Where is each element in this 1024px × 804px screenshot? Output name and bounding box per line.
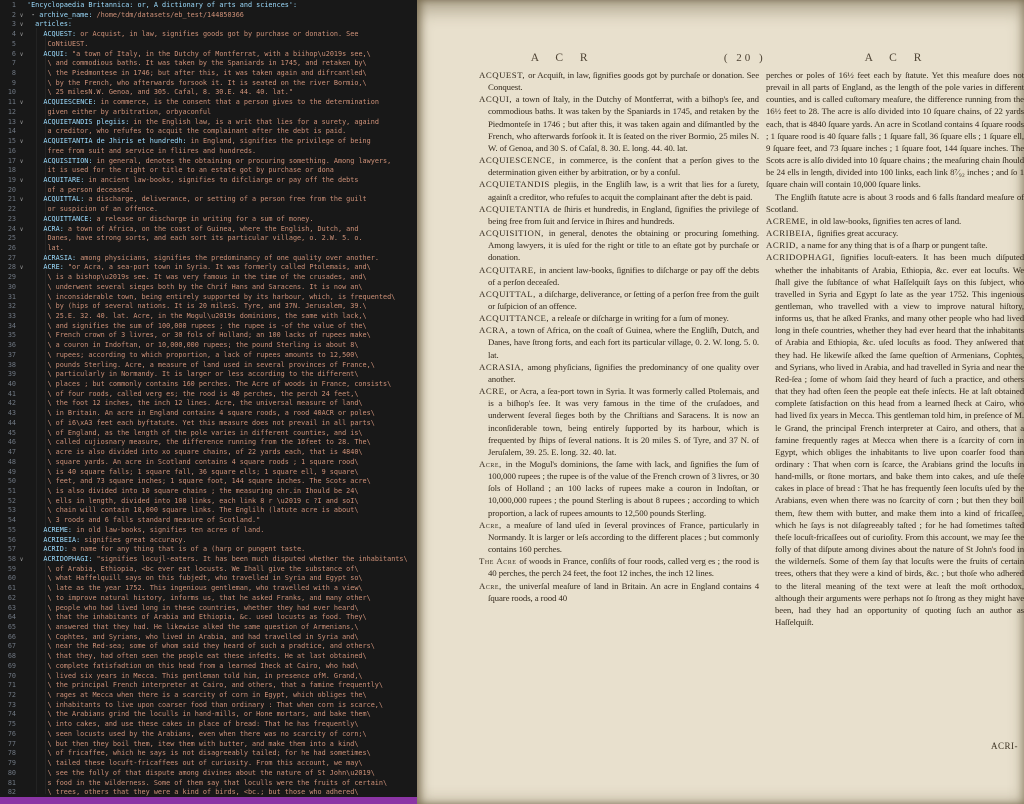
yaml-key: ACRID: bbox=[43, 545, 68, 553]
code-line[interactable]: 17∨ACQUISITION: in general, denotes the … bbox=[0, 157, 417, 167]
code-line[interactable]: 37\ rupees; according to which proportio… bbox=[0, 351, 417, 361]
line-number: 42 bbox=[0, 399, 16, 409]
yaml-value: \ of England, as the length of the pole … bbox=[47, 429, 362, 437]
code-line[interactable]: 71\ the principal French interpreter at … bbox=[0, 681, 417, 691]
line-number: 58 bbox=[0, 555, 16, 565]
code-line[interactable]: 53\ chain will contain 10,000 square lin… bbox=[0, 506, 417, 516]
code-line[interactable]: 19∨ACQUITARE: in ancient law-books, sign… bbox=[0, 176, 417, 186]
fold-spacer bbox=[16, 769, 27, 779]
code-text: Danes, have strong sorts, and each sort … bbox=[27, 234, 417, 244]
line-number: 82 bbox=[0, 788, 16, 797]
line-number: 24 bbox=[0, 225, 16, 235]
code-text: \ the foot 12 inches, the inch 12 lines.… bbox=[27, 399, 417, 409]
code-text: ACQUIETANTIA de Jhiris et hundredh: in E… bbox=[27, 137, 417, 147]
yaml-value: \ 3 roods and 6 falls standard measure o… bbox=[47, 516, 260, 524]
yaml-value: CoNtiUEST. bbox=[47, 40, 88, 48]
fold-spacer bbox=[16, 545, 27, 555]
code-line[interactable]: 14a creditor, who refufes to acquit the … bbox=[0, 127, 417, 137]
line-number: 25 bbox=[0, 234, 16, 244]
code-text: ACQUIESCENCE: in commerce, is the consen… bbox=[27, 98, 417, 108]
code-line[interactable]: 68\ that they, had often seen the people… bbox=[0, 652, 417, 662]
line-number: 63 bbox=[0, 604, 16, 614]
code-line[interactable]: 10\ 25 milesN.W. Genoa, and 305. Cafal, … bbox=[0, 88, 417, 98]
yaml-value: \ the principal French interpreter at Ca… bbox=[47, 681, 383, 689]
code-line[interactable]: 65\ answered that they had. He likewise … bbox=[0, 623, 417, 633]
fold-spacer bbox=[16, 604, 27, 614]
entry-headword: ACRID, bbox=[766, 240, 801, 250]
code-text: \ inhabitants to live upon coarser food … bbox=[27, 701, 417, 711]
scan-paragraph: ACQUITTAL, a diſcharge, deliverance, or … bbox=[479, 288, 759, 312]
yaml-value: \ a couron in Indoftan, or 10,000,000 ru… bbox=[47, 341, 358, 349]
code-text: free from suit and service in fliires an… bbox=[27, 147, 417, 157]
fold-spacer bbox=[16, 594, 27, 604]
line-number: 50 bbox=[0, 477, 16, 487]
line-number: 74 bbox=[0, 710, 16, 720]
fold-spacer bbox=[16, 448, 27, 458]
yaml-value: \ ells in length, divided into 100 links… bbox=[47, 497, 358, 505]
code-line[interactable]: 40\ places ; but commonly contains 160 p… bbox=[0, 380, 417, 390]
fold-spacer bbox=[16, 215, 27, 225]
yaml-value: a name for any thing that is of a (harp … bbox=[68, 545, 305, 553]
line-number: 32 bbox=[0, 302, 16, 312]
line-number: 9 bbox=[0, 79, 16, 89]
fold-chevron-icon[interactable]: ∨ bbox=[16, 195, 27, 205]
fold-chevron-icon[interactable]: ∨ bbox=[16, 555, 27, 565]
fold-chevron-icon[interactable]: ∨ bbox=[16, 50, 27, 60]
code-line[interactable]: 50\ feet, and 73 square inches; 1 square… bbox=[0, 477, 417, 487]
yaml-key: ACREME: bbox=[43, 526, 72, 534]
entry-headword: Acre, bbox=[479, 459, 506, 469]
line-number: 3 bbox=[0, 20, 16, 30]
fold-spacer bbox=[16, 788, 27, 797]
fold-spacer bbox=[16, 79, 27, 89]
fold-spacer bbox=[16, 574, 27, 584]
code-text: \ what Haffelquill says on this fubjedt,… bbox=[27, 574, 417, 584]
code-line[interactable]: 78\ of fricaffee, which he says is not d… bbox=[0, 749, 417, 759]
fold-spacer bbox=[16, 516, 27, 526]
code-line[interactable]: 13∨ACQUIETANDIS plegiis: in the English … bbox=[0, 118, 417, 128]
line-number: 54 bbox=[0, 516, 16, 526]
entry-headword: ACRA, bbox=[479, 325, 511, 335]
yaml-value: "signifies locujl-eaters. It has been mu… bbox=[92, 555, 407, 563]
code-line[interactable]: 46\ called cujiosnary measure, the diffe… bbox=[0, 438, 417, 448]
code-line[interactable]: 70\ lived six years in Mecca. This gentl… bbox=[0, 672, 417, 682]
code-line[interactable]: 47\ acre is also divided into xo square … bbox=[0, 448, 417, 458]
yaml-value: among physicians, signifies the predomin… bbox=[76, 254, 379, 262]
code-line[interactable]: 75\ into cakes, and use these cakes in p… bbox=[0, 720, 417, 730]
yaml-value: \ French crown of 3 livres, or 30 fols o… bbox=[47, 331, 370, 339]
code-editor[interactable]: 1'Encyclopaedia Britannica: or, A dictio… bbox=[0, 0, 417, 804]
code-line[interactable]: 44\ of i6\xA3 feet each byftatute. Yet t… bbox=[0, 419, 417, 429]
line-number: 52 bbox=[0, 497, 16, 507]
line-number: 43 bbox=[0, 409, 16, 419]
code-line[interactable]: 22or suspicion of an offence. bbox=[0, 205, 417, 215]
code-line[interactable]: 24∨ACRA: a town of Africa, on the coast … bbox=[0, 225, 417, 235]
yaml-value: or Acquist, in law, signifies goods got … bbox=[76, 30, 358, 38]
code-line[interactable]: 43\ in Britain. An acre in England conta… bbox=[0, 409, 417, 419]
yaml-value: \ late as the year 1752. This ingenious … bbox=[47, 584, 362, 592]
fold-spacer bbox=[16, 312, 27, 322]
running-title-left: A C R bbox=[531, 52, 595, 64]
yaml-value: /home/tdm/datasets/eb_test/144850366 bbox=[92, 11, 243, 19]
code-line[interactable]: 69\ complete fatisfadtion on this head f… bbox=[0, 662, 417, 672]
code-line[interactable]: 55ACREME: in old law-books, signifies te… bbox=[0, 526, 417, 536]
fold-spacer bbox=[16, 341, 27, 351]
status-bar bbox=[0, 797, 417, 804]
code-line[interactable]: 27ACRASIA: among physicians, signifies t… bbox=[0, 254, 417, 264]
scan-paragraph: ACRASIA, among phyſicians, ſignifies the… bbox=[479, 361, 759, 385]
code-line[interactable]: 63\ people who had lived long in these c… bbox=[0, 604, 417, 614]
line-number: 46 bbox=[0, 438, 16, 448]
line-number: 30 bbox=[0, 283, 16, 293]
code-line[interactable]: 25Danes, have strong sorts, and each sor… bbox=[0, 234, 417, 244]
code-text: \ underwent several sieges both by the C… bbox=[27, 283, 417, 293]
scan-paragraph: ACRIDOPHAGI, ſignifies locuſt-eaters. It… bbox=[766, 251, 1024, 628]
code-line[interactable]: 30\ underwent several sieges both by the… bbox=[0, 283, 417, 293]
line-number: 41 bbox=[0, 390, 16, 400]
code-line[interactable]: 5CoNtiUEST. bbox=[0, 40, 417, 50]
editor-lines: 1'Encyclopaedia Britannica: or, A dictio… bbox=[0, 1, 417, 797]
code-text: \ 25.E. 32. 40. lat. Acre, in the Mogul\… bbox=[27, 312, 417, 322]
code-line[interactable]: 64\ that the inhabitants of Arabia and E… bbox=[0, 613, 417, 623]
code-text: \ 25 milesN.W. Genoa, and 305. Cafal, 8.… bbox=[27, 88, 417, 98]
line-number: 76 bbox=[0, 730, 16, 740]
code-line[interactable]: 3∨articles: bbox=[0, 20, 417, 30]
fold-spacer bbox=[16, 691, 27, 701]
code-line[interactable]: 39\ particularly in Normandy. It is larg… bbox=[0, 370, 417, 380]
code-line[interactable]: 32\ by (hips of several nations. It is 2… bbox=[0, 302, 417, 312]
yaml-value: in ancient law-books, signifies to difcl… bbox=[84, 176, 358, 184]
line-number: 64 bbox=[0, 613, 16, 623]
code-line[interactable]: 77\ but then they boil them, itew them w… bbox=[0, 740, 417, 750]
line-number: 8 bbox=[0, 69, 16, 79]
code-line[interactable]: 33\ 25.E. 32. 40. lat. Acre, in the Mogu… bbox=[0, 312, 417, 322]
entry-headword: ACRASIA, bbox=[479, 362, 528, 372]
code-line[interactable]: 21∨ACQUITTAL: a discharge, deliverance, … bbox=[0, 195, 417, 205]
code-line[interactable]: 58∨ACRIDOPHAGI: "signifies locujl-eaters… bbox=[0, 555, 417, 565]
yaml-value: \ to improve natural history, informs us… bbox=[47, 594, 370, 602]
line-number: 73 bbox=[0, 701, 16, 711]
line-number: 22 bbox=[0, 205, 16, 215]
fold-spacer bbox=[16, 642, 27, 652]
code-line[interactable]: 20of a person deceased. bbox=[0, 186, 417, 196]
code-text: \ near the Red-sea; some of whom said th… bbox=[27, 642, 417, 652]
entry-headword: Acre, bbox=[479, 520, 506, 530]
yaml-value: \ of four roods, called verg es; the roo… bbox=[47, 390, 358, 398]
yaml-value: "a town of Italy, in the Dutchy of Montf… bbox=[68, 50, 371, 58]
code-line[interactable]: 11∨ACQUIESCENCE: in commerce, is the con… bbox=[0, 98, 417, 108]
fold-spacer bbox=[16, 720, 27, 730]
code-text: ACREME: in old law-books, signifies ten … bbox=[27, 526, 417, 536]
line-number: 26 bbox=[0, 244, 16, 254]
code-text: \ chain will contain 10,000 square links… bbox=[27, 506, 417, 516]
code-line[interactable]: 54\ 3 roods and 6 falls standard measure… bbox=[0, 516, 417, 526]
fold-spacer bbox=[16, 458, 27, 468]
yaml-value: in the English law, is a writ that lies … bbox=[129, 118, 379, 126]
code-line[interactable]: 81s food in the wilderness. Some of them… bbox=[0, 779, 417, 789]
fold-spacer bbox=[16, 623, 27, 633]
line-number: 55 bbox=[0, 526, 16, 536]
code-line[interactable]: 38\ pounds Sterling. Acre, a measure of … bbox=[0, 361, 417, 371]
yaml-value: \ inconsiderable town, being entirely su… bbox=[47, 293, 395, 301]
code-line[interactable]: 67\ near the Red-sea; some of whom said … bbox=[0, 642, 417, 652]
code-line[interactable]: 26lat. bbox=[0, 244, 417, 254]
code-line[interactable]: 62\ to improve natural history, informs … bbox=[0, 594, 417, 604]
yaml-value: \ is also divided into 10 square chains … bbox=[47, 487, 358, 495]
fold-chevron-icon[interactable]: ∨ bbox=[16, 11, 27, 21]
fold-spacer bbox=[16, 497, 27, 507]
line-number: 11 bbox=[0, 98, 16, 108]
code-text: \ is a bishop\u2019s see. It was very fa… bbox=[27, 273, 417, 283]
code-line[interactable]: 29\ is a bishop\u2019s see. It was very … bbox=[0, 273, 417, 283]
fold-spacer bbox=[16, 477, 27, 487]
fold-chevron-icon[interactable]: ∨ bbox=[16, 30, 27, 40]
code-text: \ the principal French interpreter at Ca… bbox=[27, 681, 417, 691]
line-number: 15 bbox=[0, 137, 16, 147]
code-line[interactable]: 8\ the Piedmontese in 1746; but after th… bbox=[0, 69, 417, 79]
code-text: \ late as the year 1752. This ingenious … bbox=[27, 584, 417, 594]
code-text: \ people who had lived long in these cou… bbox=[27, 604, 417, 614]
entry-headword: ACQUITTANCE, bbox=[479, 313, 552, 323]
code-text: a creditor, who refufes to acquit the co… bbox=[27, 127, 417, 137]
yaml-value: \ places ; but commonly contains 160 per… bbox=[47, 380, 391, 388]
yaml-value: \ Cophtes, and Syrians, who lived in Ara… bbox=[47, 633, 358, 641]
yaml-value: in England, signifies the privilege of b… bbox=[187, 137, 371, 145]
fold-chevron-icon[interactable]: ∨ bbox=[16, 225, 27, 235]
fold-spacer bbox=[16, 399, 27, 409]
yaml-value: s food in the wilderness. Some of them s… bbox=[47, 779, 387, 787]
code-line[interactable]: 1'Encyclopaedia Britannica: or, A dictio… bbox=[0, 1, 417, 11]
scan-paragraph: ACQUITTANCE, a releaſe or diſcharge in w… bbox=[479, 312, 759, 324]
code-line[interactable]: 28∨ACRE: "or Acra, a sea-port town in Sy… bbox=[0, 263, 417, 273]
line-number: 19 bbox=[0, 176, 16, 186]
code-line[interactable]: 15∨ACQUIETANTIA de Jhiris et hundredh: i… bbox=[0, 137, 417, 147]
code-line[interactable]: 74\ the Arabians grind the loculls in ha… bbox=[0, 710, 417, 720]
fold-spacer bbox=[16, 759, 27, 769]
code-text: it is used for the right or title to an … bbox=[27, 166, 417, 176]
code-text: \ is 40 square falls; 1 square fall, 36 … bbox=[27, 468, 417, 478]
line-number: 53 bbox=[0, 506, 16, 516]
code-line[interactable]: 79\ tailed these locuft-fricaffees out o… bbox=[0, 759, 417, 769]
code-text: \ and signifies the sum of 100,000 rupee… bbox=[27, 322, 417, 332]
entry-headword: ACQUITARE, bbox=[479, 265, 540, 275]
fold-chevron-icon[interactable]: ∨ bbox=[16, 98, 27, 108]
code-text: ACRIBEIA: signifies great accuracy. bbox=[27, 536, 417, 546]
yaml-value: \ tailed these locuft-fricaffees out of … bbox=[47, 759, 362, 767]
code-text: ACQUITTANCE: a release or discharge in w… bbox=[27, 215, 417, 225]
code-line[interactable]: 73\ inhabitants to live upon coarser foo… bbox=[0, 701, 417, 711]
yaml-key: ACQUIESCENCE: bbox=[43, 98, 96, 106]
yaml-value: \ acre is also divided into xo square ch… bbox=[47, 448, 362, 456]
yaml-value: \ lived six years in Mecca. This gentlem… bbox=[47, 672, 362, 680]
code-text: ACQUI: "a town of Italy, in the Dutchy o… bbox=[27, 50, 417, 60]
yaml-key: archive_name: bbox=[39, 11, 92, 19]
entry-headword: ACQUEST, bbox=[479, 70, 528, 80]
line-number: 68 bbox=[0, 652, 16, 662]
code-line[interactable]: 76\ seen locusts used by the Arabians, e… bbox=[0, 730, 417, 740]
yaml-value: \ but then they boil them, itew them wit… bbox=[47, 740, 358, 748]
yaml-key: ACQUITARE: bbox=[43, 176, 84, 184]
code-line[interactable]: 16free from suit and service in fliires … bbox=[0, 147, 417, 157]
line-number: 81 bbox=[0, 779, 16, 789]
line-number: 69 bbox=[0, 662, 16, 672]
fold-chevron-icon[interactable]: ∨ bbox=[16, 263, 27, 273]
yaml-value: free from suit and service in fliires an… bbox=[47, 147, 256, 155]
line-number: 1 bbox=[0, 1, 16, 11]
code-line[interactable]: 36\ a couron in Indoftan, or 10,000,000 … bbox=[0, 341, 417, 351]
fold-spacer bbox=[16, 370, 27, 380]
code-line[interactable]: 9\ by the French, who afterwards forsook… bbox=[0, 79, 417, 89]
scan-paragraph: ACQUIETANDIS plegiis, in the Engliſh law… bbox=[479, 178, 759, 202]
fold-spacer bbox=[16, 244, 27, 254]
yaml-value: \ people who had lived long in these cou… bbox=[47, 604, 358, 612]
code-line[interactable]: 49\ is 40 square falls; 1 square fall, 3… bbox=[0, 468, 417, 478]
code-text: \ tailed these locuft-fricaffees out of … bbox=[27, 759, 417, 769]
code-text: \ seen locusts used by the Arabians, eve… bbox=[27, 730, 417, 740]
fold-spacer bbox=[16, 1, 27, 11]
yaml-value: \ near the Red-sea; some of whom said th… bbox=[47, 642, 374, 650]
code-line[interactable]: 35\ French crown of 3 livres, or 30 fols… bbox=[0, 331, 417, 341]
code-line[interactable]: 31\ inconsiderable town, being entirely … bbox=[0, 293, 417, 303]
fold-chevron-icon[interactable]: ∨ bbox=[16, 176, 27, 186]
yaml-value: a discharge, deliverance, or setting of … bbox=[84, 195, 366, 203]
yaml-value: in old law-books, signifies ten acres of… bbox=[72, 526, 264, 534]
scan-paragraph: The Engliſh ſtatute acre is about 3 rood… bbox=[766, 191, 1024, 215]
scan-paragraph: perches or poles of 16½ feet each by ſta… bbox=[766, 69, 1024, 191]
line-number: 57 bbox=[0, 545, 16, 555]
line-number: 10 bbox=[0, 88, 16, 98]
yaml-value: a release or discharge in writing for a … bbox=[92, 215, 313, 223]
fold-spacer bbox=[16, 351, 27, 361]
scan-paragraph: ACQUISITION, in general, denotes the obt… bbox=[479, 227, 759, 263]
fold-spacer bbox=[16, 254, 27, 264]
yaml-value: \ that the inhabitants of Arabia and Eth… bbox=[47, 613, 366, 621]
code-text: ACRASIA: among physicians, signifies the… bbox=[27, 254, 417, 264]
yaml-value: \ into cakes, and use these cakes in pla… bbox=[47, 720, 358, 728]
yaml-value: \ 25 milesN.W. Genoa, and 305. Cafal, 8.… bbox=[47, 88, 293, 96]
yaml-value: given either by arbitration, orbyaconful bbox=[47, 108, 211, 116]
yaml-value: \ rages at Mecca when there is a scarcit… bbox=[47, 691, 366, 699]
code-line[interactable]: 82\ trees, others that they were a kind … bbox=[0, 788, 417, 797]
line-number: 33 bbox=[0, 312, 16, 322]
code-line[interactable]: 45\ of England, as the length of the pol… bbox=[0, 429, 417, 439]
code-line[interactable]: 61\ late as the year 1752. This ingeniou… bbox=[0, 584, 417, 594]
split-view: 1'Encyclopaedia Britannica: or, A dictio… bbox=[0, 0, 1024, 804]
fold-spacer bbox=[16, 302, 27, 312]
yaml-value: in general, denotes the obtaining or pro… bbox=[92, 157, 391, 165]
code-line[interactable]: 57ACRID: a name for any thing that is of… bbox=[0, 545, 417, 555]
yaml-key: ACRA: bbox=[43, 225, 63, 233]
fold-spacer bbox=[16, 681, 27, 691]
code-line[interactable]: 56ACRIBEIA: signifies great accuracy. bbox=[0, 536, 417, 546]
yaml-value: \ of Arabia, Ethiopia, <bc ever eat locu… bbox=[47, 565, 358, 573]
yaml-value: \ that they, had often seen the people e… bbox=[47, 652, 366, 660]
code-line[interactable]: 41\ of four roods, called verg es; the r… bbox=[0, 390, 417, 400]
code-text: \ in Britain. An acre in England contain… bbox=[27, 409, 417, 419]
line-number: 80 bbox=[0, 769, 16, 779]
scan-paragraph: ACQUI, a town of Italy, in the Dutchy of… bbox=[479, 93, 759, 154]
fold-chevron-icon[interactable]: ∨ bbox=[16, 118, 27, 128]
fold-spacer bbox=[16, 487, 27, 497]
line-number: 62 bbox=[0, 594, 16, 604]
code-line[interactable]: 23ACQUITTANCE: a release or discharge in… bbox=[0, 215, 417, 225]
code-text: \ square yards. An acre in Scotland cont… bbox=[27, 458, 417, 468]
entry-headword: ACRIDOPHAGI, bbox=[766, 252, 841, 262]
code-line[interactable]: 72\ rages at Mecca when there is a scarc… bbox=[0, 691, 417, 701]
code-line[interactable]: 48\ square yards. An acre in Scotland co… bbox=[0, 458, 417, 468]
code-line[interactable]: 34\ and signifies the sum of 100,000 rup… bbox=[0, 322, 417, 332]
code-line[interactable]: 66\ Cophtes, and Syrians, who lived in A… bbox=[0, 633, 417, 643]
code-text: \ to improve natural history, informs us… bbox=[27, 594, 417, 604]
scan-paragraph: Acre, the univerſal meaſure of land in B… bbox=[479, 580, 759, 604]
code-line[interactable]: 52\ ells in length, divided into 100 lin… bbox=[0, 497, 417, 507]
code-line[interactable]: 18it is used for the right or title to a… bbox=[0, 166, 417, 176]
line-number: 16 bbox=[0, 147, 16, 157]
code-text: \ ells in length, divided into 100 links… bbox=[27, 497, 417, 507]
entry-headword: ACQUIETANDIS bbox=[479, 179, 554, 189]
yaml-value: \ chain will contain 10,000 square links… bbox=[47, 506, 358, 514]
yaml-value: \ rupees; according to which proportion,… bbox=[47, 351, 358, 359]
yaml-value: of a person deceased. bbox=[47, 186, 133, 194]
code-text: \ pounds Sterling. Acre, a measure of la… bbox=[27, 361, 417, 371]
line-number: 60 bbox=[0, 574, 16, 584]
entry-headword: ACQUISITION, bbox=[479, 228, 549, 238]
yaml-value: it is used for the right or title to an … bbox=[47, 166, 333, 174]
scan-paragraph: ACQUIESCENCE, in commerce, is the conſen… bbox=[479, 154, 759, 178]
fold-spacer bbox=[16, 293, 27, 303]
code-text: of a person deceased. bbox=[27, 186, 417, 196]
scan-paragraph: Acre, a meaſure of land uſed in ſeveral … bbox=[479, 519, 759, 555]
yaml-key: ACQUITTANCE: bbox=[43, 215, 92, 223]
yaml-key: ACQUIETANTIA de Jhiris et hundredh: bbox=[43, 137, 186, 145]
fold-chevron-icon[interactable]: ∨ bbox=[16, 20, 27, 30]
yaml-value: \ of i6\xA3 feet each byftatute. Yet thi… bbox=[47, 419, 374, 427]
code-line[interactable]: 4∨ACQUEST: or Acquist, in law, signifies… bbox=[0, 30, 417, 40]
entry-headword: ACQUI, bbox=[479, 94, 516, 104]
code-text: \ trees, others that they were a kind of… bbox=[27, 788, 417, 797]
line-number: 7 bbox=[0, 59, 16, 69]
scan-paragraph: ACQUITARE, in ancient law-books, ſignifi… bbox=[479, 264, 759, 288]
code-line[interactable]: 51\ is also divided into 10 square chain… bbox=[0, 487, 417, 497]
entry-headword: ACQUIETANTIA bbox=[479, 204, 553, 214]
code-text: \ inconsiderable town, being entirely su… bbox=[27, 293, 417, 303]
code-line[interactable]: 60\ what Haffelquill says on this fubjed… bbox=[0, 574, 417, 584]
fold-spacer bbox=[16, 506, 27, 516]
code-line[interactable]: 80\ see the folly of that dispute among … bbox=[0, 769, 417, 779]
yaml-value: \ trees, others that they were a kind of… bbox=[47, 788, 358, 796]
catchword: ACRI- bbox=[766, 741, 1018, 751]
line-number: 59 bbox=[0, 565, 16, 575]
yaml-value: \ underwent several sieges both by the C… bbox=[47, 283, 362, 291]
yaml-value: in commerce, is the consent that a perso… bbox=[97, 98, 379, 106]
code-line[interactable]: 12given either by arbitration, orbyaconf… bbox=[0, 108, 417, 118]
fold-spacer bbox=[16, 701, 27, 711]
code-line[interactable]: 2∨- archive_name: /home/tdm/datasets/eb_… bbox=[0, 11, 417, 21]
code-line[interactable]: 7\ and commodious baths. It was taken by… bbox=[0, 59, 417, 69]
fold-chevron-icon[interactable]: ∨ bbox=[16, 157, 27, 167]
fold-spacer bbox=[16, 322, 27, 332]
code-line[interactable]: 59\ of Arabia, Ethiopia, <bc ever eat lo… bbox=[0, 565, 417, 575]
fold-chevron-icon[interactable]: ∨ bbox=[16, 137, 27, 147]
code-text: \ into cakes, and use these cakes in pla… bbox=[27, 720, 417, 730]
code-line[interactable]: 42\ the foot 12 inches, the inch 12 line… bbox=[0, 399, 417, 409]
scan-paragraph: ACQUIETANTIA de ſhiris et hundredis, in … bbox=[479, 203, 759, 227]
fold-spacer bbox=[16, 438, 27, 448]
code-text: \ rages at Mecca when there is a scarcit… bbox=[27, 691, 417, 701]
line-number: 56 bbox=[0, 536, 16, 546]
code-text: ACRE: "or Acra, a sea-port town in Syria… bbox=[27, 263, 417, 273]
code-line[interactable]: 6∨ACQUI: "a town of Italy, in the Dutchy… bbox=[0, 50, 417, 60]
